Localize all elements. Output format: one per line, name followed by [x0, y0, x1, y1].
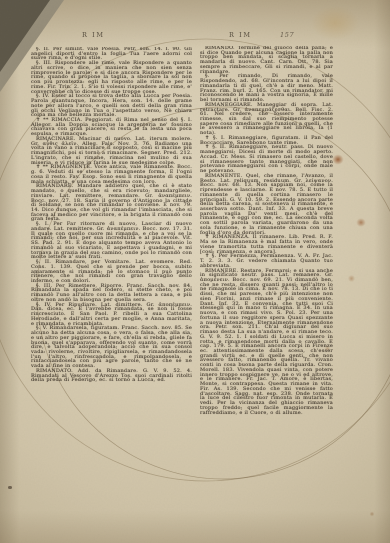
paragraph: RIMANDATO. Add. da Rimandare. G. V. 9. 5…: [31, 369, 192, 383]
paragraph: ✝ §. II. Rimaneggiare, neutr. pass. Di n…: [200, 145, 333, 173]
stain-spot: [369, 511, 375, 517]
book-page: R IM R IM 157 §. II. Per similit. vale P…: [0, 0, 390, 543]
paragraph: §. V. Rimandarsela, figuratam. Franc. Sa…: [31, 326, 192, 369]
stain-spot: [355, 217, 367, 228]
paragraph: RIMANENTE. Quel, che rimane, l'Avanzo, i…: [200, 174, 333, 236]
paragraph: RIMANEGGIARE. Maneggiar di sopra. Lat. r…: [200, 103, 333, 136]
paragraph: §. IV. Esser al tocco si trova detto all…: [31, 94, 192, 118]
paragraph: §. III. Rispondere alle rime, vale Rispo…: [31, 61, 192, 94]
paragraph: ✝ ** RIMAGNENTE. Voce antica, vale Riman…: [31, 165, 192, 184]
running-head-left: R IM: [82, 31, 105, 39]
paragraph: RIMACINARE. Macinar di nuovo. Lat. iteru…: [31, 137, 192, 165]
paragraph: ✝ RIMANENZA. Il rimanere. Lib. Pred. R. …: [200, 235, 333, 254]
paragraph: §. I. Per Far ritornare di nuovo, Lascia…: [31, 222, 192, 260]
stain-mark: [8, 486, 12, 489]
paragraph: RIMANDO. Termine del giuoco della palla;…: [200, 46, 333, 74]
scan-background: R IM R IM 157 §. II. Per similit. vale P…: [0, 0, 390, 543]
text-column-left: §. II. Per similit. vale Poesia. Petr. s…: [31, 47, 192, 427]
stain-spot: [347, 274, 356, 283]
stain-blotch-top-right: [303, 0, 367, 46]
paragraph: ✝ ** RIMACCIA. Peggiorat. di Rima nel se…: [31, 118, 192, 137]
paragraph: RIMANDARE. Mandare addietro quel, che ci…: [31, 184, 192, 222]
paragraph: §. IV. Per Ripudiare. Lat. dimittere. Gr…: [31, 303, 192, 327]
paragraph: §. II. Rimandare, per Vomitare. Lat. evo…: [31, 260, 192, 284]
paragraph: ✝ §. Per Fermezza, Permanenza. V. A. Fr.…: [200, 254, 333, 268]
paragraph: RIMANERE. Restare, Fermarsi; e si usa an…: [200, 269, 333, 416]
paragraph: §. III. Per Rimettere, Riporre. Franc. S…: [31, 284, 192, 303]
running-head-right: R IM: [229, 31, 252, 39]
stain-spot: [331, 153, 345, 166]
text-column-right: RIMANDO. Termine del giuoco della palla;…: [200, 46, 333, 438]
page-number: 157: [280, 31, 294, 39]
paragraph: §. Per rimando, Di rimando, vale Rispond…: [200, 74, 333, 102]
